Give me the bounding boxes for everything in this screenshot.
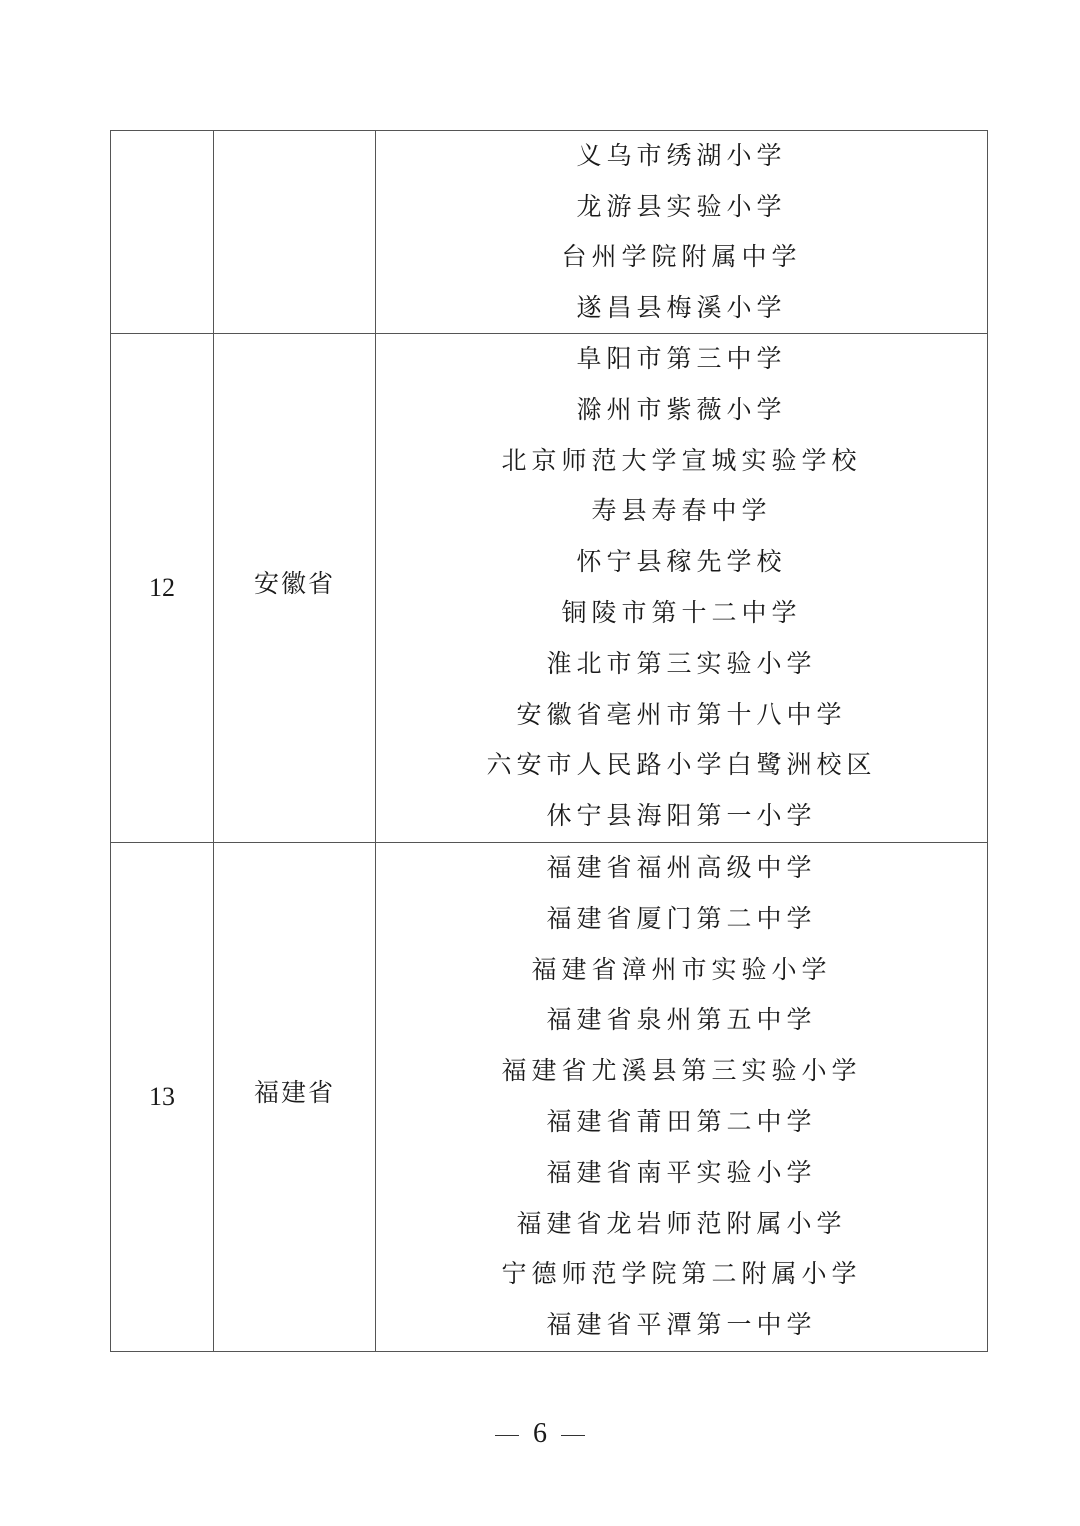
school-name: 福建省南平实验小学 <box>376 1148 987 1199</box>
row-number: 13 <box>111 842 214 1351</box>
school-name: 淮北市第三实验小学 <box>376 639 987 690</box>
page-number: 6 <box>533 1418 547 1449</box>
school-name: 福建省漳州市实验小学 <box>376 945 987 996</box>
school-name: 怀宁县稼先学校 <box>376 537 987 588</box>
school-name: 宁德师范学院第二附属小学 <box>376 1249 987 1300</box>
school-cell: 义乌市绣湖小学 龙游县实验小学 台州学院附属中学 遂昌县梅溪小学 <box>376 131 988 334</box>
province-name: 安徽省 <box>214 328 376 837</box>
province-name: 福建省 <box>214 836 376 1345</box>
school-name: 阜阳市第三中学 <box>376 334 987 385</box>
school-name: 福建省尤溪县第三实验小学 <box>376 1046 987 1097</box>
school-name: 福建省龙岩师范附属小学 <box>376 1199 987 1250</box>
school-name: 北京师范大学宣城实验学校 <box>376 436 987 487</box>
school-list: 阜阳市第三中学 滁州市紫薇小学 北京师范大学宣城实验学校 寿县寿春中学 怀宁县稼… <box>376 334 987 842</box>
school-name: 龙游县实验小学 <box>376 182 987 233</box>
school-list: 福建省福州高级中学 福建省厦门第二中学 福建省漳州市实验小学 福建省泉州第五中学… <box>376 843 987 1351</box>
row-number <box>111 131 214 334</box>
school-cell: 福建省福州高级中学 福建省厦门第二中学 福建省漳州市实验小学 福建省泉州第五中学… <box>376 842 988 1351</box>
school-name: 台州学院附属中学 <box>376 232 987 283</box>
school-name: 铜陵市第十二中学 <box>376 588 987 639</box>
school-list: 义乌市绣湖小学 龙游县实验小学 台州学院附属中学 遂昌县梅溪小学 <box>376 131 987 333</box>
school-name: 休宁县海阳第一小学 <box>376 791 987 842</box>
school-name: 安徽省亳州市第十八中学 <box>376 690 987 741</box>
province-name <box>214 125 376 328</box>
row-number: 12 <box>111 334 214 843</box>
schools-table: 义乌市绣湖小学 龙游县实验小学 台州学院附属中学 遂昌县梅溪小学 12 安徽省 … <box>110 130 988 1352</box>
school-name: 福建省福州高级中学 <box>376 843 987 894</box>
school-name: 义乌市绣湖小学 <box>376 131 987 182</box>
school-name: 福建省平潭第一中学 <box>376 1300 987 1351</box>
school-name: 福建省莆田第二中学 <box>376 1097 987 1148</box>
table-row: 义乌市绣湖小学 龙游县实验小学 台州学院附属中学 遂昌县梅溪小学 <box>111 131 988 334</box>
school-cell: 阜阳市第三中学 滁州市紫薇小学 北京师范大学宣城实验学校 寿县寿春中学 怀宁县稼… <box>376 334 988 843</box>
dash-left <box>495 1435 519 1436</box>
school-name: 福建省泉州第五中学 <box>376 995 987 1046</box>
table-row: 13 福建省 福建省福州高级中学 福建省厦门第二中学 福建省漳州市实验小学 福建… <box>111 842 988 1351</box>
school-name: 滁州市紫薇小学 <box>376 385 987 436</box>
school-name: 福建省厦门第二中学 <box>376 894 987 945</box>
school-name: 六安市人民路小学白鹭洲校区 <box>376 740 987 791</box>
school-name: 寿县寿春中学 <box>376 486 987 537</box>
page-footer: 6 <box>0 1418 1080 1450</box>
dash-right <box>561 1435 585 1436</box>
table-row: 12 安徽省 阜阳市第三中学 滁州市紫薇小学 北京师范大学宣城实验学校 寿县寿春… <box>111 334 988 843</box>
school-name: 遂昌县梅溪小学 <box>376 283 987 334</box>
